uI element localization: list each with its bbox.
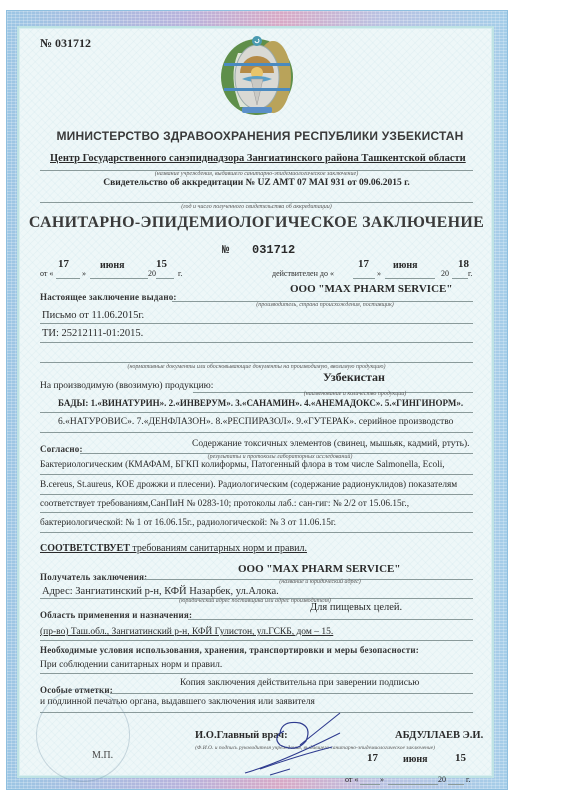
document-title: САНИТАРНО-ЭПИДЕМИОЛОГИЧЕСКОЕ ЗАКЛЮЧЕНИЕ [0, 214, 513, 232]
issued-to-value: ООО "MAX PHARM SERVICE" [290, 283, 452, 295]
recipient-hint: (название и юридический адрес) [265, 579, 375, 585]
date-century: 20 [148, 269, 156, 278]
according-value: Содержание токсичных элементов (свинец, … [192, 439, 470, 449]
top-number: № 031712 [40, 36, 91, 51]
recipient-value: ООО "MAX PHARM SERVICE" [238, 563, 400, 575]
valid-until-quote: » [377, 269, 381, 278]
technical-instructions: ТИ: 25212111-01:2015. [42, 328, 143, 339]
production-address: (пр-во) Таш.обл., Зангиатинский р-н, КФЙ… [40, 627, 333, 637]
sign-date-suffix: г. [466, 775, 470, 784]
issued-to-label: Настоящее заключение выдано: [40, 292, 177, 302]
document-number: 031712 [252, 243, 295, 257]
sign-date-prefix: от « [345, 775, 358, 784]
special-notes-line-1: Копия заключения действительна при завер… [180, 678, 419, 688]
normative-hint: (нормативные документы или обосновывающи… [40, 364, 473, 370]
conforms-text: требованиям санитарных норм и правил. [130, 543, 307, 554]
accreditation-certificate: Свидетельство об аккредитации № UZ AMT 0… [0, 178, 513, 188]
conditions-label: Необходимые условия использования, хране… [40, 645, 419, 655]
accreditation-hint: (год и число полученного свидетельства о… [40, 204, 473, 210]
according-label: Согласно: [40, 444, 83, 454]
sign-date-year: 15 [455, 752, 466, 764]
product-label: На производимую (ввозимую) продукцию: [40, 381, 213, 391]
issuing-center: Центр Государственного санэпиднадзора За… [50, 153, 466, 164]
date-day: 17 [58, 258, 69, 270]
results-line-2: B.cereus, St.aureus, КОЕ дрожжи и плесен… [40, 480, 457, 490]
sign-date-day: 17 [367, 752, 378, 764]
recipient-label: Получатель заключения: [40, 572, 147, 582]
valid-until-prefix: действителен до « [272, 269, 334, 278]
conforms-keyword: СООТВЕТСТВУЕТ [40, 543, 130, 554]
issued-to-hint: (производитель, страна происхождения, по… [225, 302, 425, 308]
results-line-3: соответствует требованиям,СанПиН № 0283-… [40, 499, 409, 509]
scope-label: Область применения и назначения: [40, 610, 192, 620]
center-hint: (название учреждения, выдавшего санитарн… [40, 171, 473, 177]
product-country: Узбекистан [323, 370, 385, 385]
recipient-address: Адрес: Зангиатинский р-н, КФЙ Назарбек, … [42, 586, 279, 597]
results-line-1: Бактериологическим (КМАФАМ, БГКП колифор… [40, 460, 445, 470]
document-number-label: № [222, 243, 229, 257]
stamp-outline [36, 688, 130, 782]
sign-date-century: 20 [438, 775, 446, 784]
product-hint: (наименование и количество продукции) [290, 391, 420, 397]
ministry-heading: МИНИСТЕРСТВО ЗДРАВООХРАНЕНИЯ РЕСПУБЛИКИ … [0, 129, 520, 143]
valid-until-month: июня [393, 260, 418, 271]
valid-until-century: 20 [441, 269, 449, 278]
signer-name: АБДУЛЛАЕВ Э.И. [395, 730, 483, 741]
valid-until-suffix: г. [468, 269, 472, 278]
products-line-1: БАДЫ: 1.«ВИНАТУРИН». 2.«ИНВЕРУМ». 3.«САН… [58, 398, 463, 408]
sign-date-month: июня [403, 754, 428, 765]
date-month: июня [100, 260, 125, 271]
date-prefix: от « [40, 269, 53, 278]
date-year: 15 [156, 258, 167, 270]
scope-value: Для пищевых целей. [310, 602, 402, 613]
signature [240, 705, 360, 777]
conditions-value: При соблюдении санитарных норм и правил. [40, 660, 222, 670]
letter-reference: Письмо от 11.06.2015г. [42, 310, 144, 321]
coat-of-arms-emblem [218, 33, 296, 117]
products-line-2: 6.«НАТУРОВИС». 7.«ДЕНФЛАЗОН». 8.«РЕСПИРА… [58, 417, 453, 427]
sign-date-quote: » [380, 775, 384, 784]
valid-until-day: 17 [358, 258, 369, 270]
conformity-statement: СООТВЕТСТВУЕТ требованиям санитарных нор… [40, 543, 307, 554]
stamp-label: М.П. [92, 750, 113, 761]
results-line-4: бактериологической: № 1 от 16.06.15г., р… [40, 518, 336, 528]
date-quote: » [82, 269, 86, 278]
date-suffix: г. [178, 269, 182, 278]
